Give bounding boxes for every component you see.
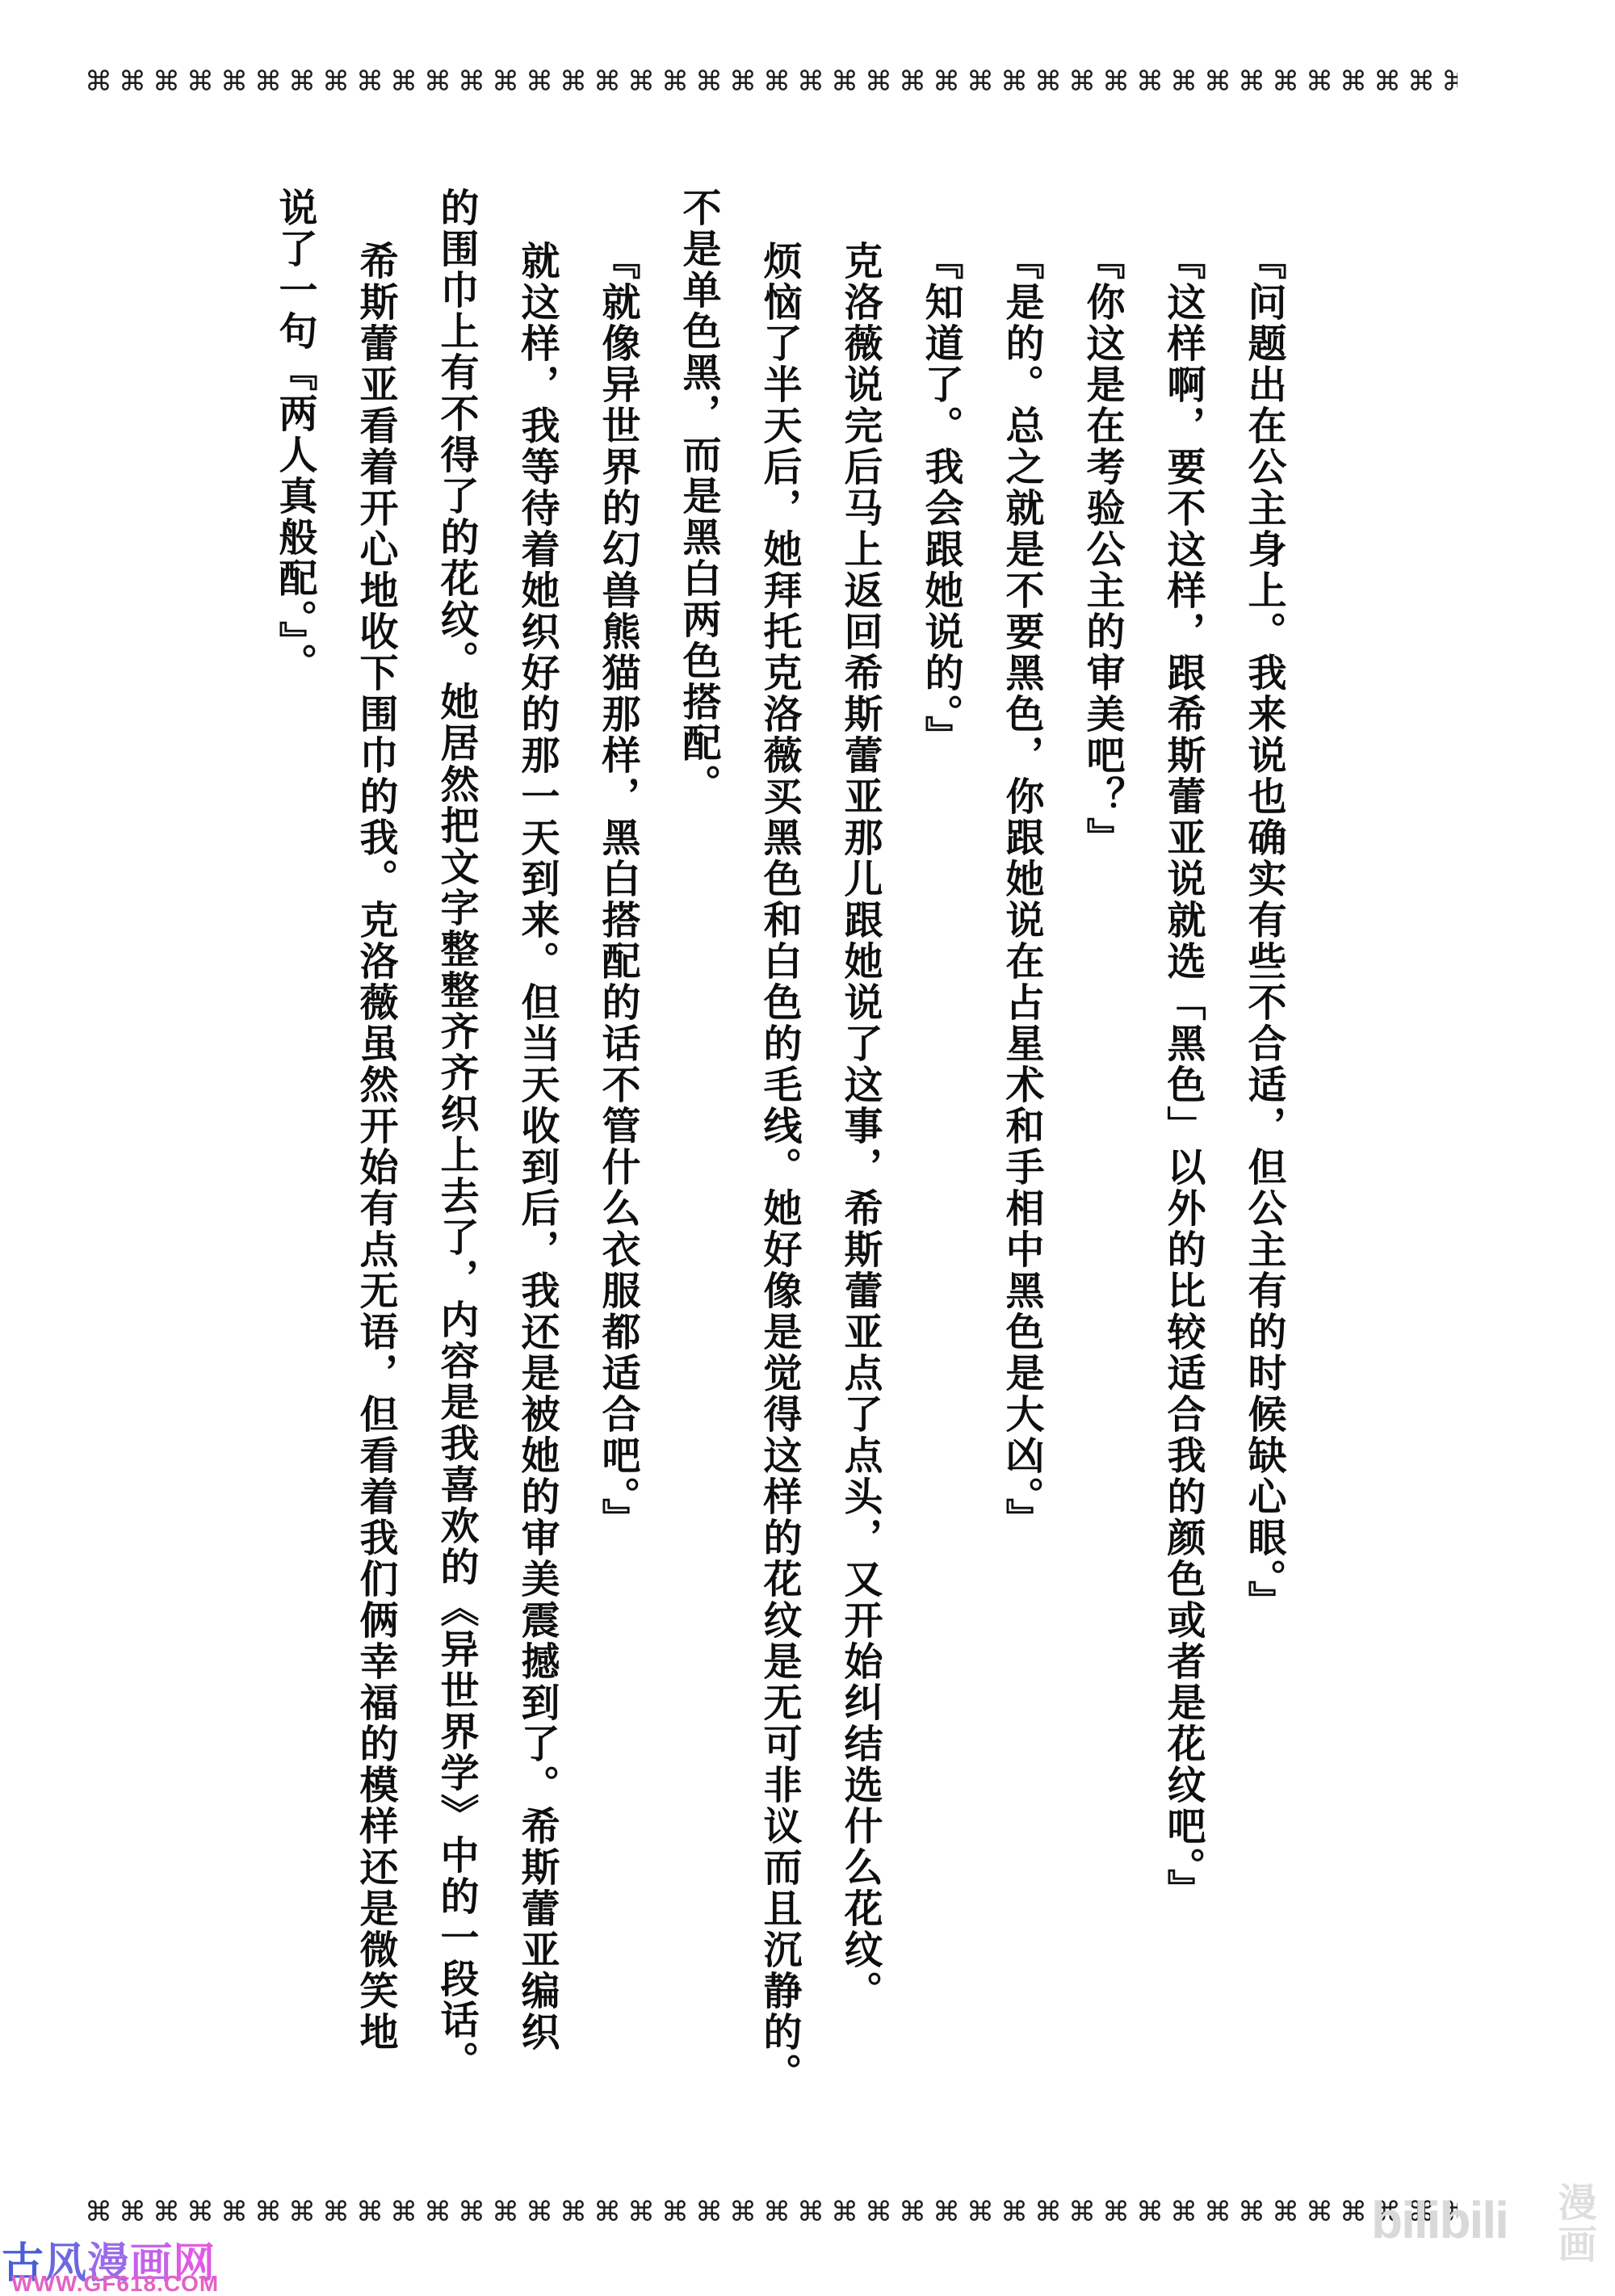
gufeng-site-url: WWW.GF618.COM (11, 2271, 219, 2296)
text-column: 说了一句『两人真般配。』。 (254, 187, 334, 2122)
text-column: 不是单色黑，而是黑白两色搭配。 (657, 187, 738, 2122)
text-column: 希斯蕾亚看着开心地收下围巾的我。克洛薇虽然开始有点无语，但看着我们俩幸福的模样还… (334, 187, 415, 2175)
text-column: 『知道了。我会跟她说的。』 (900, 187, 980, 2175)
text-column: 克洛薇说完后马上返回希斯蕾亚那儿跟她说了这事，希斯蕾亚点了点头，又开始纠结选什么… (819, 187, 900, 2175)
text-column: 就这样，我等待着她织好的那一天到来。但当天收到后，我还是被她的审美震撼到了。希斯… (496, 187, 577, 2175)
bilibili-logo: bilibili (1371, 2190, 1508, 2250)
text-column: 『是的。总之就是不要黑色，你跟她说在占星术和手相中黑色是大凶。』 (980, 187, 1061, 2175)
text-column: 烦恼了半天后，她拜托克洛薇买黑色和白色的毛线。她好像是觉得这样的花纹是无可非议而… (738, 187, 819, 2175)
text-column: 『就像异世界的幻兽熊猫那样，黑白搭配的话不管什么衣服都适合吧。』 (577, 187, 657, 2175)
text-column: 『你这是在考验公主的审美吧？』 (1061, 187, 1142, 2175)
novel-text-block: 『问题出在公主身上。我来说也确实有些不合适，但公主有的时候缺心眼。』 『这样啊，… (254, 187, 1303, 2122)
text-column: 『这样啊，要不这样，跟希斯蕾亚说就选「黑色」以外的比较适合我的颜色或者是花纹吧。… (1142, 187, 1223, 2175)
top-border-ornament: ⌘⌘⌘⌘⌘⌘⌘⌘⌘⌘⌘⌘⌘⌘⌘⌘⌘⌘⌘⌘⌘⌘⌘⌘⌘⌘⌘⌘⌘⌘⌘⌘⌘⌘⌘⌘⌘⌘⌘⌘… (85, 66, 1458, 99)
bottom-border-ornament: ⌘⌘⌘⌘⌘⌘⌘⌘⌘⌘⌘⌘⌘⌘⌘⌘⌘⌘⌘⌘⌘⌘⌘⌘⌘⌘⌘⌘⌘⌘⌘⌘⌘⌘⌘⌘⌘⌘⌘⌘… (85, 2197, 1458, 2229)
text-column: 『问题出在公主身上。我来说也确实有些不合适，但公主有的时候缺心眼。』 (1223, 187, 1303, 2175)
novel-page: { "page": { "kind": "vertical-text light… (0, 0, 1615, 2296)
bilibili-manhua-label: 漫画 (1546, 2182, 1601, 2266)
text-column: 的围巾上有不得了的花纹。她居然把文字整整齐齐织上去了，内容是我喜欢的《异世界学》… (415, 187, 496, 2122)
